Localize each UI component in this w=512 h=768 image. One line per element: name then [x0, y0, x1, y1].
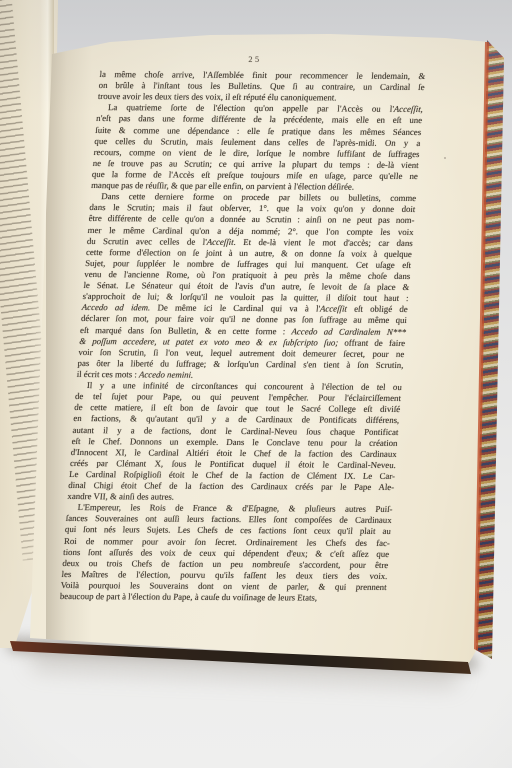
paper-speck [444, 157, 446, 159]
text-line: beaucoup de part à l'élection du Pape, à… [59, 591, 386, 604]
paper-speck [144, 155, 146, 157]
page-text-block: la même choſe arrive, l'Aſſemblée finit … [59, 69, 425, 604]
book-photo: 25 la même choſe arrive, l'Aſſemblée fin… [0, 0, 512, 768]
page-number: 25 [230, 55, 280, 64]
